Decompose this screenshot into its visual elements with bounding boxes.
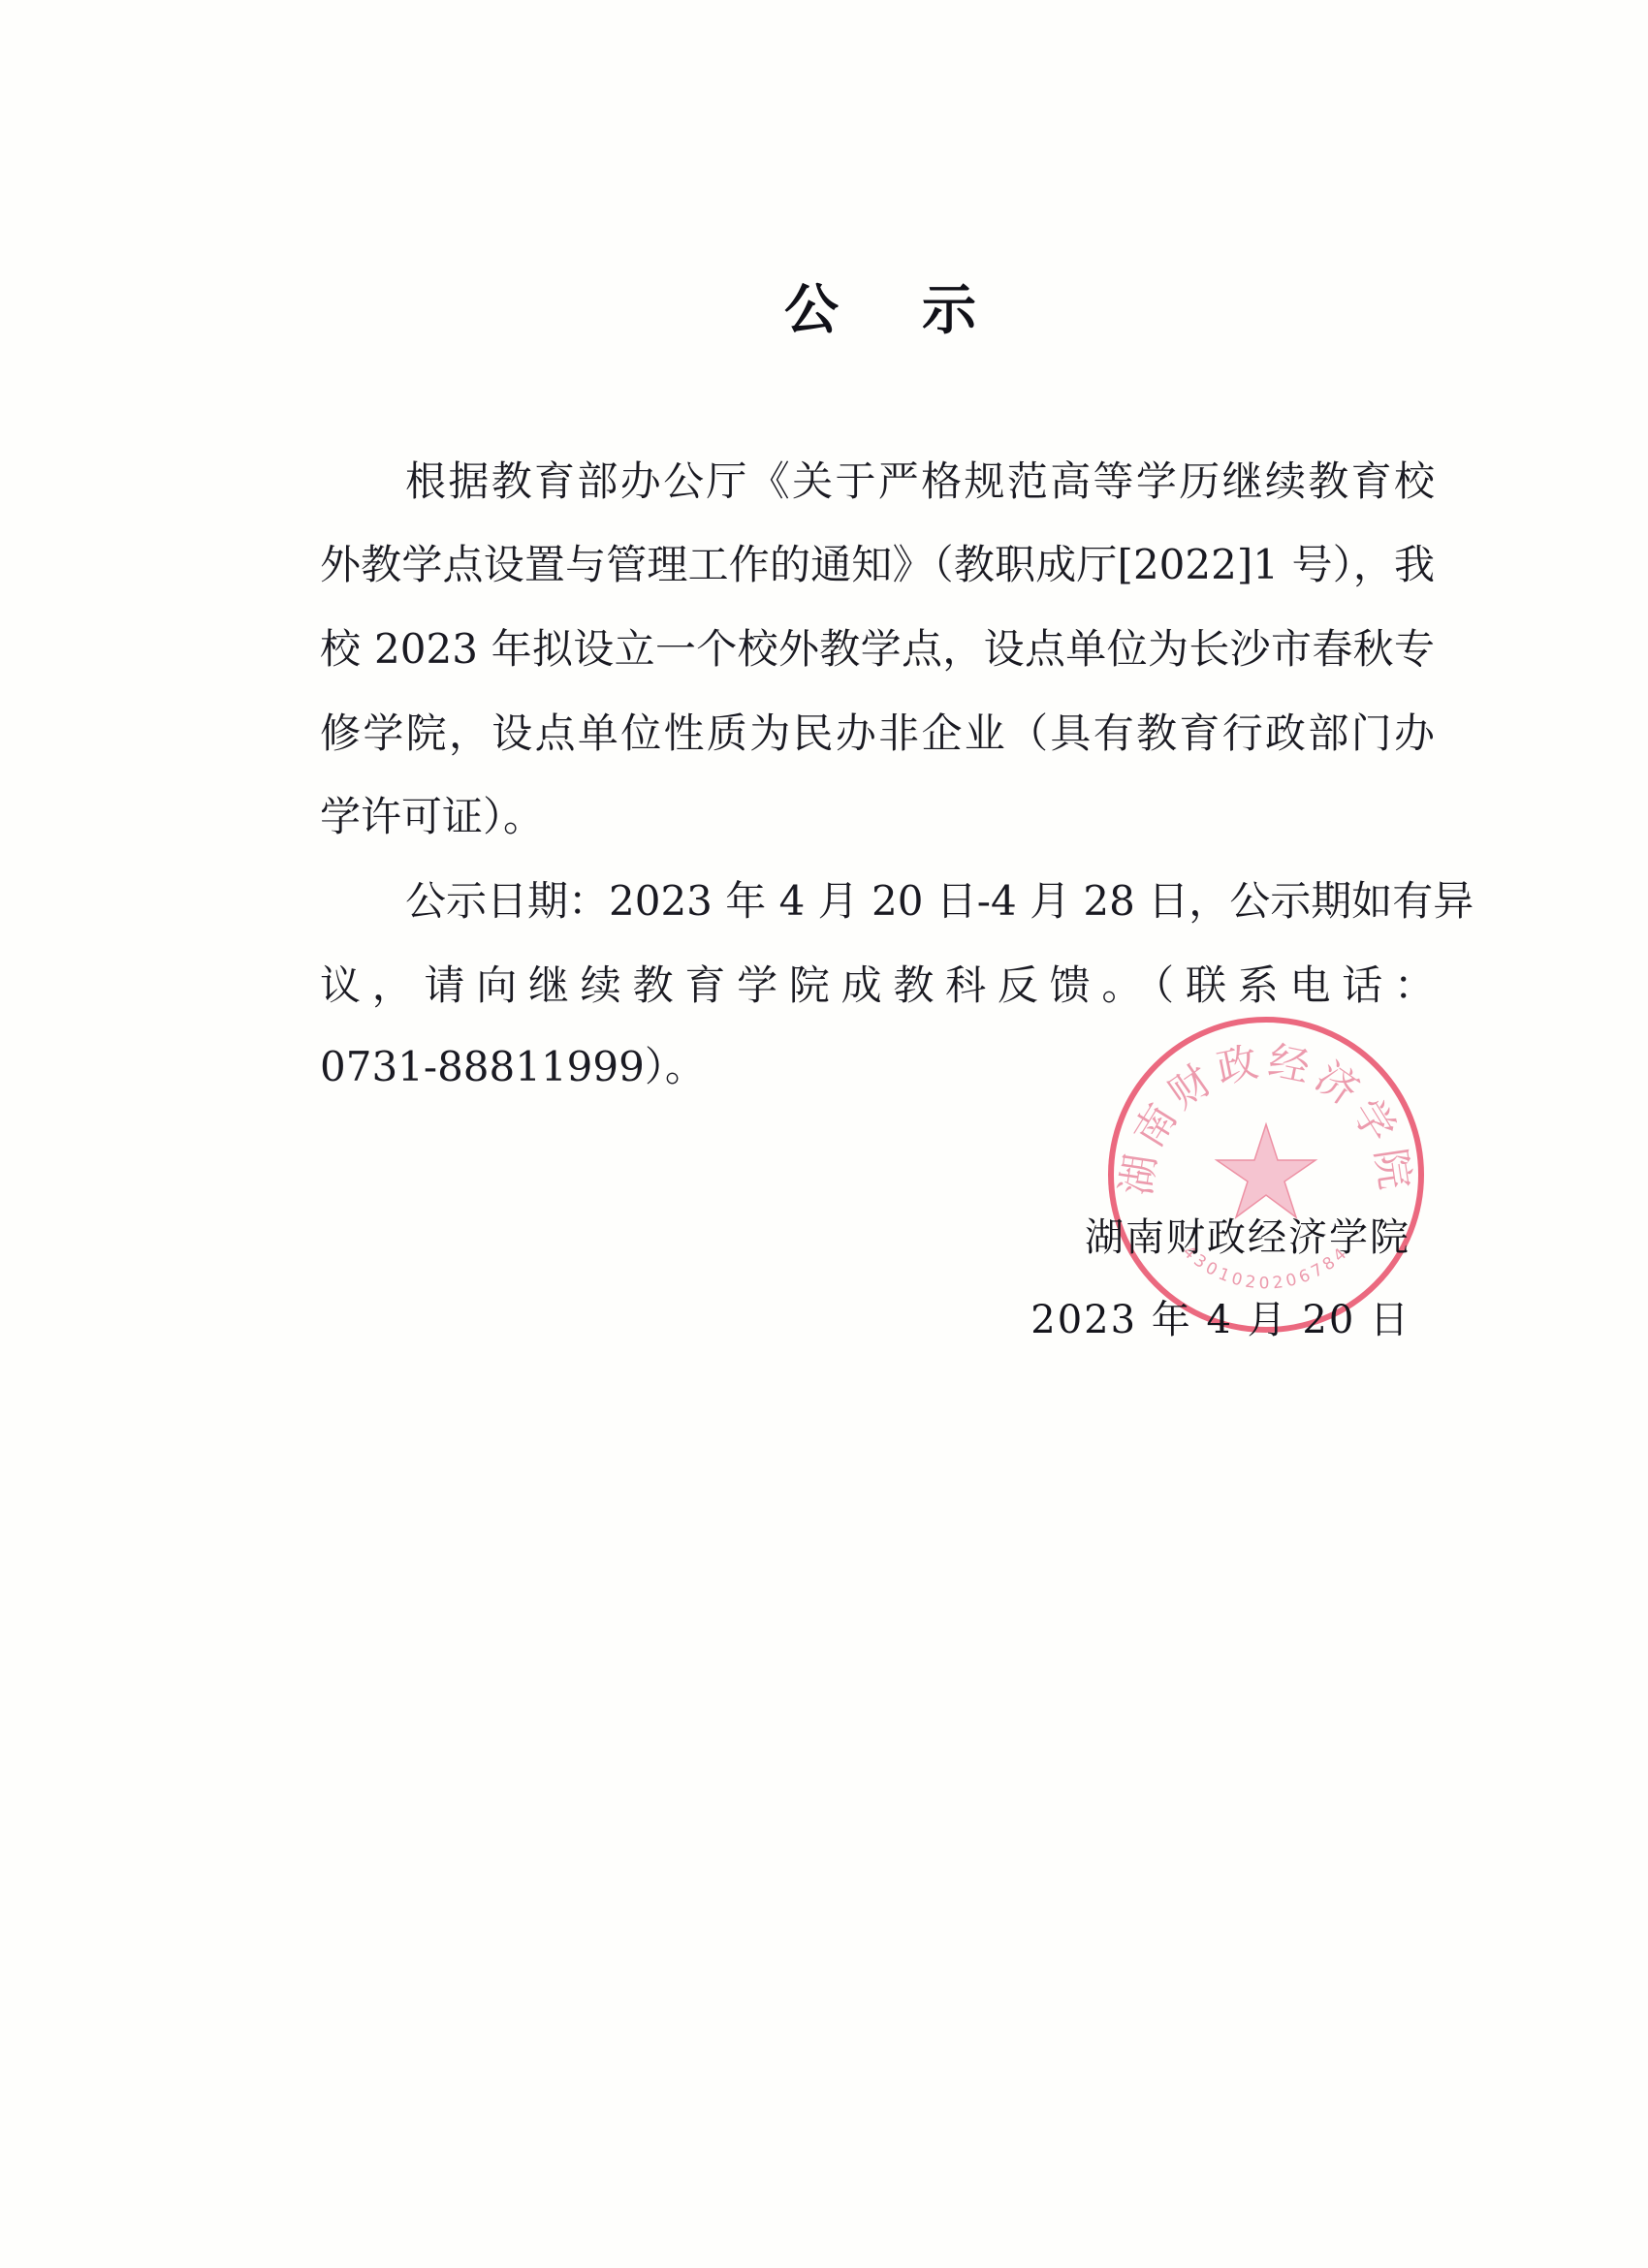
title-char: 公 (783, 279, 840, 343)
star-icon (1217, 1124, 1315, 1217)
document-page: 公 示 根据教育部办公厅《关于严格规范高等学历继续教育校 外教学点设置与管理工作… (0, 0, 1648, 2268)
body-paragraph-1-line-2: 外教学点设置与管理工作的通知》（教职成厅[2022]1 号），我 (320, 536, 1435, 594)
body-paragraph-1-line-4: 修学院，设点单位性质为民办非企业（具有教育行政部门办 (320, 705, 1435, 763)
body-paragraph-1-line-1: 根据教育部办公厅《关于严格规范高等学历继续教育校 (320, 453, 1435, 511)
body-paragraph-1-line-3: 校 2023 年拟设立一个校外教学点，设点单位为长沙市春秋专 (320, 620, 1435, 678)
title-char: 示 (921, 279, 977, 343)
body-paragraph-2-line-1: 公示日期：2023 年 4 月 20 日-4 月 28 日，公示期如有异 (320, 872, 1435, 930)
signature-date: 2023 年 4 月 20 日 (1030, 1293, 1410, 1347)
signature-organization: 湖南财政经济学院 (1085, 1211, 1410, 1265)
body-paragraph-2-line-3: 0731-88811999）。 (320, 1038, 1435, 1096)
body-paragraph-2-line-2: 议，请向继续教育学院成教科反馈。（联系电话： (320, 957, 1435, 1015)
body-paragraph-1-line-5: 学许可证）。 (320, 788, 1435, 846)
page-title: 公 示 (783, 279, 977, 343)
